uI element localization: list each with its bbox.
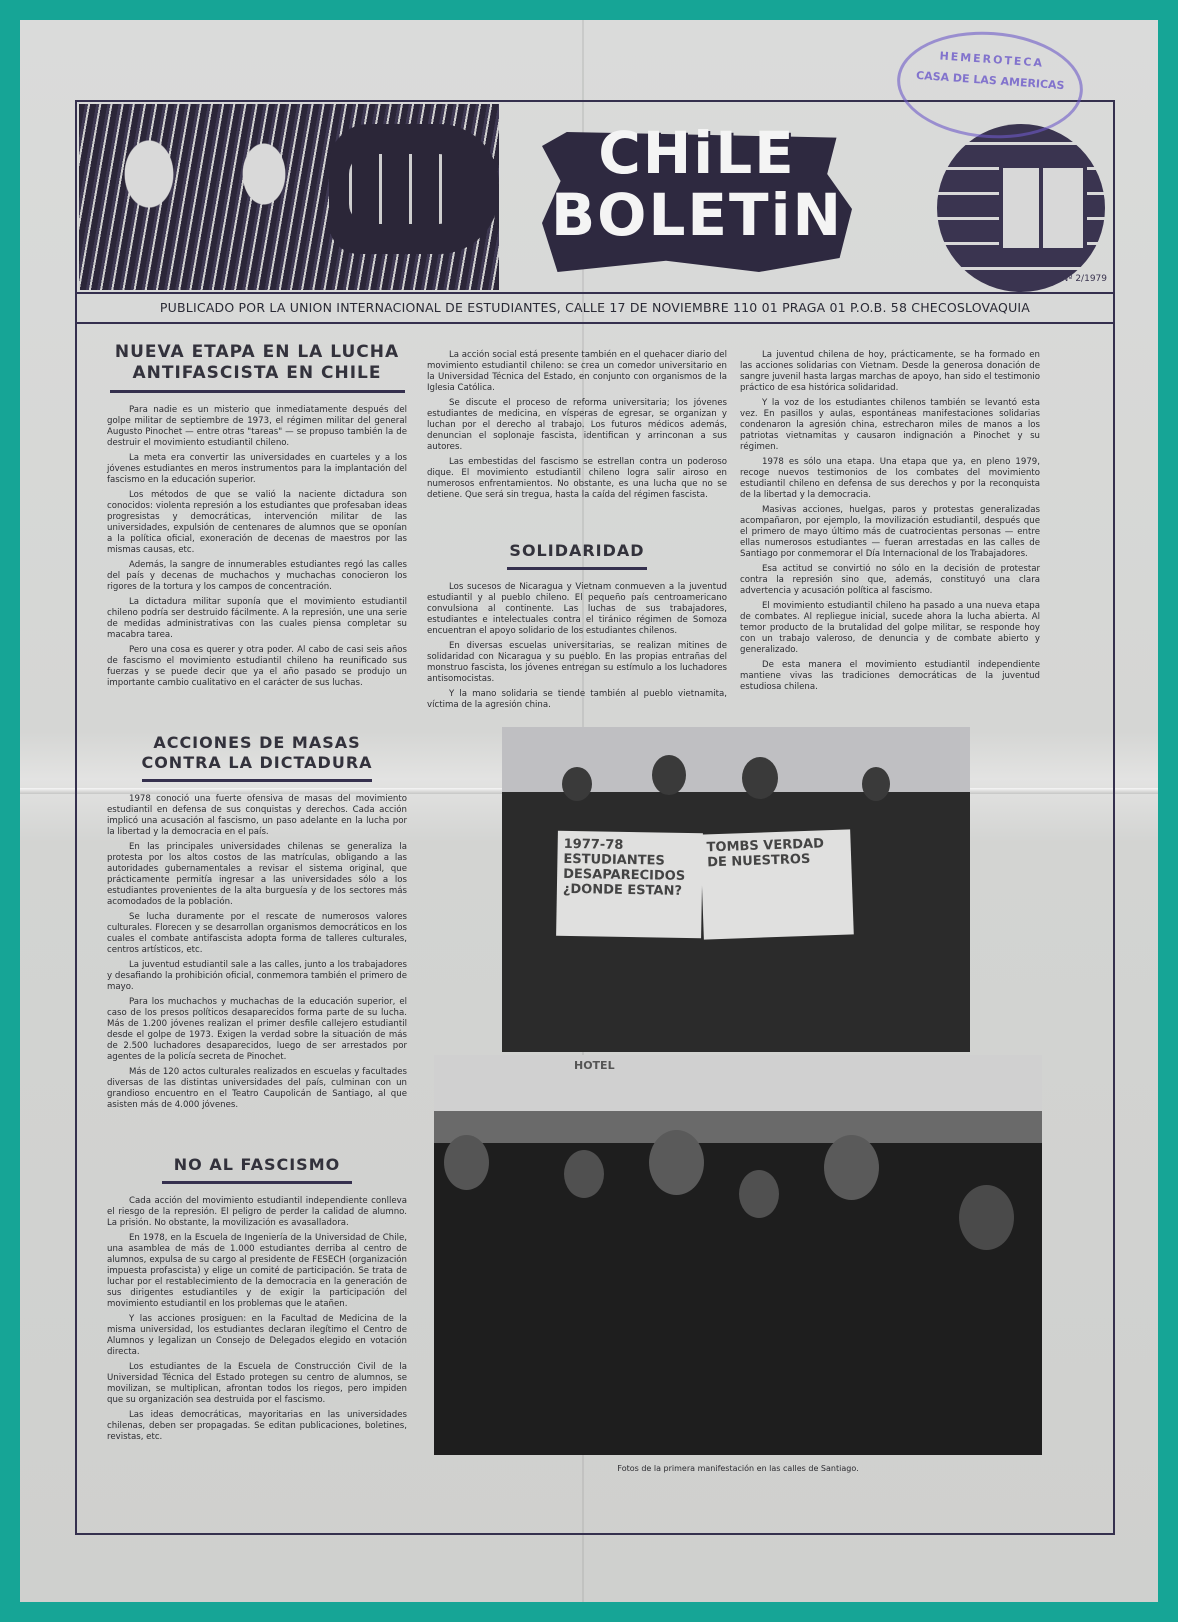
person-silhouette (652, 755, 686, 795)
protest-photo-march: HOTEL (434, 1055, 1042, 1455)
page-frame: CHiLE BOLETiN Nº 2/1979 HEMEROTECA CASA … (75, 100, 1115, 1535)
headline-nueva-etapa: NUEVA ETAPA EN LA LUCHA ANTIFASCISTA EN … (112, 342, 402, 384)
masthead-title: CHiLE BOLETiN (542, 112, 852, 272)
paragraph: Para nadie es un misterio que inmediatam… (107, 405, 407, 449)
paragraph: Más de 120 actos culturales realizados e… (107, 1067, 407, 1111)
paragraph: En 1978, en la Escuela de Ingeniería de … (107, 1233, 407, 1310)
paragraph: Las ideas democráticas, mayoritarias en … (107, 1410, 407, 1443)
person-silhouette (862, 767, 890, 801)
person-silhouette (742, 757, 778, 799)
person-silhouette (959, 1185, 1014, 1250)
paragraph: El movimiento estudiantil chileno ha pas… (740, 601, 1040, 656)
paragraph: Pero una cosa es querer y otra poder. Al… (107, 645, 407, 689)
paragraph: En diversas escuelas universitarias, se … (427, 641, 727, 685)
headline-no-al-fascismo: NO AL FASCISMO (107, 1155, 407, 1175)
library-stamp: HEMEROTECA CASA DE LAS AMERICAS (894, 26, 1087, 145)
paragraph: La dictadura militar suponía que el movi… (107, 597, 407, 641)
paragraph: Además, la sangre de innumerables estudi… (107, 560, 407, 593)
headline-rule (142, 779, 372, 782)
paragraph: Las embestidas del fascismo se estrellan… (427, 457, 727, 501)
paragraph: Para los muchachos y muchachas de la edu… (107, 997, 407, 1063)
person-silhouette (562, 767, 592, 801)
protest-sign-right: TOMBS VERDAD DE NUESTROS (700, 829, 854, 939)
paragraph: Los métodos de que se valió la naciente … (107, 490, 407, 556)
paragraph: Y la mano solidaria se tiende también al… (427, 689, 727, 711)
title-line-1: CHiLE (542, 122, 852, 184)
book-icon (999, 164, 1087, 252)
masthead: CHiLE BOLETiN Nº 2/1979 HEMEROTECA CASA … (77, 102, 1113, 294)
person-silhouette (564, 1150, 604, 1198)
protest-photo-banners: 1977-78 ESTUDIANTES DESAPARECIDOS ¿DONDE… (502, 727, 970, 1052)
paragraph: La meta era convertir las universidades … (107, 453, 407, 486)
title-text: CHiLE BOLETiN (542, 122, 852, 246)
person-silhouette (824, 1135, 879, 1200)
person-silhouette (649, 1130, 704, 1195)
person-silhouette (739, 1170, 779, 1218)
globe-book-logo-icon (937, 124, 1105, 292)
issue-number: Nº 2/1979 (1062, 274, 1108, 284)
paragraph: Y la voz de los estudiantes chilenos tam… (740, 398, 1040, 453)
newspaper-page: CHiLE BOLETiN Nº 2/1979 HEMEROTECA CASA … (20, 20, 1158, 1602)
headline-rule (162, 1181, 352, 1184)
headline-rule (110, 390, 405, 393)
paragraph: Se lucha duramente por el rescate de num… (107, 912, 407, 956)
hotel-sign: HOTEL (574, 1059, 615, 1072)
paragraph: Esa actitud se convirtió no sólo en la d… (740, 564, 1040, 597)
paragraph: De esta manera el movimiento estudiantil… (740, 660, 1040, 693)
headline-rule (507, 567, 647, 570)
title-line-2: BOLETiN (542, 184, 852, 246)
paragraph: 1978 conoció una fuerte ofensiva de masa… (107, 794, 407, 838)
paragraph: La juventud chilena de hoy, prácticament… (740, 350, 1040, 394)
photo-caption: Fotos de la primera manifestación en las… (434, 1464, 1042, 1473)
person-silhouette (444, 1135, 489, 1190)
paragraph: En las principales universidades chilena… (107, 842, 407, 908)
left-column: NUEVA ETAPA EN LA LUCHA ANTIFASCISTA EN … (107, 342, 407, 1447)
protest-sign-left: 1977-78 ESTUDIANTES DESAPARECIDOS ¿DONDE… (556, 831, 703, 939)
paragraph: Cada acción del movimiento estudiantil i… (107, 1196, 407, 1229)
raised-fist-icon (329, 124, 499, 254)
paragraph: Y las acciones prosiguen: en la Facultad… (107, 1314, 407, 1358)
headline-solidaridad: SOLIDARIDAD (427, 541, 727, 561)
paragraph: Masivas acciones, huelgas, paros y prote… (740, 505, 1040, 560)
publisher-line: PUBLICADO POR LA UNION INTERNACIONAL DE … (77, 294, 1113, 324)
paragraph: La acción social está presente también e… (427, 350, 727, 394)
paragraph: La juventud estudiantil sale a las calle… (107, 960, 407, 993)
right-column: La juventud chilena de hoy, prácticament… (740, 350, 1040, 697)
woodcut-illustration (79, 104, 499, 290)
paragraph: Se discute el proceso de reforma univers… (427, 398, 727, 453)
paragraph: 1978 es sólo una etapa. Una etapa que ya… (740, 457, 1040, 501)
paragraph: Los estudiantes de la Escuela de Constru… (107, 1362, 407, 1406)
headline-acciones: ACCIONES DE MASAS CONTRA LA DICTADURA (127, 733, 387, 773)
paragraph: Los sucesos de Nicaragua y Vietnam conmu… (427, 582, 727, 637)
middle-column: La acción social está presente también e… (427, 350, 727, 715)
